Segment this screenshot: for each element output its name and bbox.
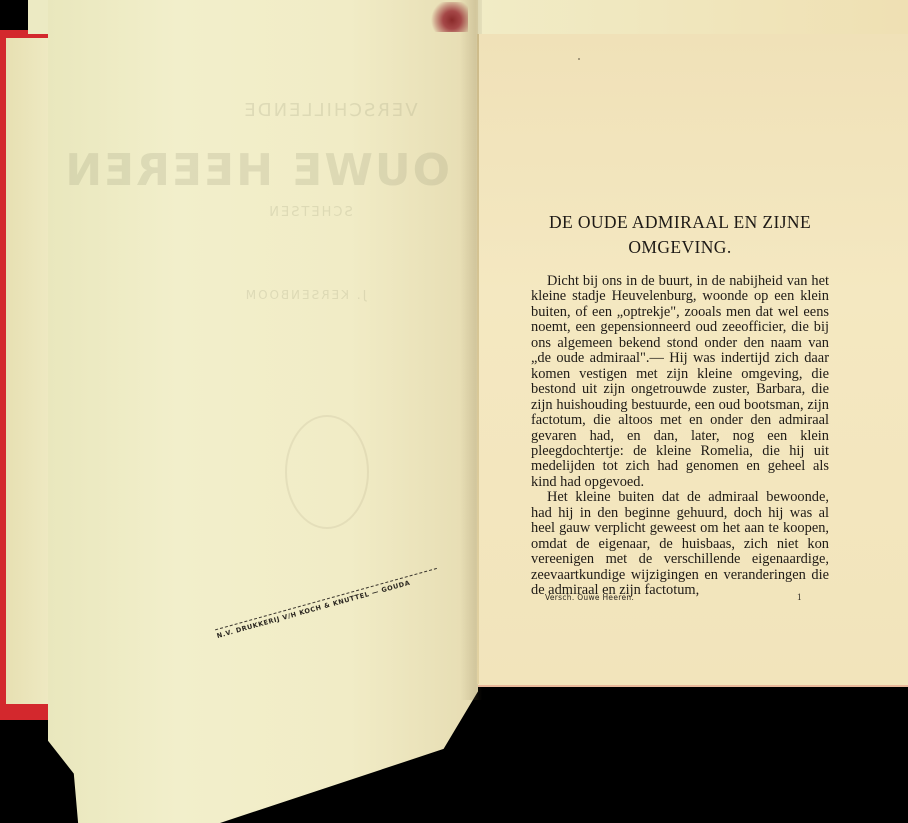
show-through-line: J. KERSENBOOM — [225, 288, 385, 302]
gutter — [477, 34, 479, 684]
chapter-title: DE OUDE ADMIRAAL EN ZIJNE OMGEVING. — [520, 210, 840, 260]
show-through-title: OUWE HEEREN — [150, 145, 450, 196]
paper-speck — [578, 58, 580, 60]
show-through-seal-icon — [285, 415, 369, 529]
signature-line: Versch. Ouwe Heeren. — [545, 593, 634, 602]
show-through-line: VERSCHILLENDE — [230, 100, 430, 121]
left-page — [48, 0, 478, 823]
paragraph: Het kleine buiten dat de admiraal bewoon… — [531, 490, 829, 598]
body-text: Dicht bij ons in de buurt, in de nabijhe… — [531, 274, 829, 599]
signature-mark: 1 — [797, 592, 802, 602]
paragraph: Dicht bij ons in de buurt, in de nabijhe… — [531, 274, 829, 490]
show-through-line: SCHETSEN — [250, 205, 370, 220]
